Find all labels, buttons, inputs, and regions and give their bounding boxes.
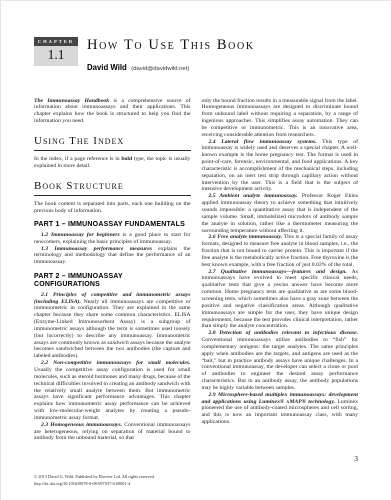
emphasis-run: 2.8 Detection of antibodies relevant to … [209,330,359,336]
paragraph: In the index, if a page reference is in … [34,156,191,170]
emphasis-run: The Immunoassay Handbook [34,98,109,104]
text-run: Conventional immunoassays utilize antibo… [202,337,359,391]
paragraph: The book content is separated into parts… [34,201,191,215]
paragraph: 2.5 Ambient analyte immunoassay. Profess… [202,193,359,234]
emphasis-run: 2.3 Homogeneous immunoassays. [41,422,122,428]
paragraph: only the bound fraction results in a mea… [202,98,359,139]
column-right: only the bound fraction results in a mea… [202,98,359,443]
emphasis-run: 2.2 Non-competitive immunoassays for sma… [41,360,191,366]
paragraph: 2.1 Principles of competitive and immuno… [34,292,191,360]
author-email: (david@davidwild.net) [131,66,189,72]
paragraph: The Immunoassay Handbook is a comprehens… [34,98,191,125]
emphasis-run: sandwich [107,340,129,346]
emphasis-run: 1.2 Immunoassay for beginners [41,232,120,238]
emphasis-run: 2.6 Free analyte immunoassay. [209,234,283,240]
chapter-header: CHAPTER 1.1 How To Use This Book David W… [34,37,358,75]
chapter-box: CHAPTER 1.1 [34,37,78,66]
text-run: As immunoassays have evolved to meet spe… [202,269,359,330]
paragraph: 2.7 Qualitative immunoassays—features an… [202,269,359,331]
emphasis-run: 2.5 Ambient analyte immunoassay. [209,193,298,199]
byline: David Wild (david@davidwild.net) [87,57,255,75]
text-run: This type of immunoassay is widely used … [202,139,359,193]
paragraph: 2.3 Homogeneous immunoassays. Convention… [34,422,191,443]
text-columns: The Immunoassay Handbook is a comprehens… [34,98,358,443]
part-heading: PART 1 – IMMUNOASSAY FUNDAMENTALS [34,221,191,229]
text-run: The book content is separated into parts… [34,201,191,214]
text-run: Usually the competitive assay configurat… [34,367,191,421]
emphasis-run: sample [342,214,358,220]
paragraph: 2.6 Free analyte immunoassay. This is a … [202,234,359,268]
text-run: only the bound fraction results in a mea… [202,98,359,138]
author-name: David Wild [87,63,127,72]
paragraph: 2.2 Non-competitive immunoassays for sma… [34,360,191,422]
page-content: CHAPTER 1.1 How To Use This Book David W… [34,37,358,442]
text-run: Nearly all immunoassays are competitive … [34,299,191,346]
paragraph: 1.3 Immunoassay performance measures exp… [34,246,191,267]
column-left: The Immunoassay Handbook is a comprehens… [34,98,191,443]
text-run: In the index, if a page reference is in [34,156,121,162]
emphasis-run: 1.3 Immunoassay performance measures [41,246,152,252]
page-title: How To Use This Book [87,38,255,53]
imprint: © 2013 David G. Wild. Published by Elsev… [34,474,155,488]
doi-line: http://dx.doi.org/10.1016/B978-0-08-0970… [34,481,155,488]
section-heading: Using The Index [34,136,191,151]
copyright-line: © 2013 David G. Wild. Published by Elsev… [34,474,155,481]
text-run: the analyte in solution, rather like a t… [202,221,359,234]
paragraph: 2.4 Lateral flow immunoassay systems. Th… [202,139,359,194]
book-page: CHAPTER 1.1 How To Use This Book David W… [0,0,391,500]
page-number: 3 [354,454,358,463]
emphasis-run: 2.7 Qualitative immunoassays—features an… [209,269,347,275]
chapter-label: CHAPTER [34,37,78,46]
header-text: How To Use This Book David Wild (david@d… [87,37,255,75]
emphasis-run: 2.4 Lateral flow immunoassay systems. [209,139,317,145]
emphasis-run: bold [121,156,132,162]
paragraph: 2.8 Detection of antibodies relevant to … [202,330,359,392]
paragraph: 2.9 Microsphere-based multiplex immunoas… [202,392,359,426]
paragraph: 1.2 Immunoassay for beginners is a good … [34,232,191,246]
part-heading: PART 2 – IMMUNOASSAY CONFIGURATIONS [34,273,191,289]
chapter-number: 1.1 [34,46,78,66]
section-heading: Book Structure [34,181,191,196]
